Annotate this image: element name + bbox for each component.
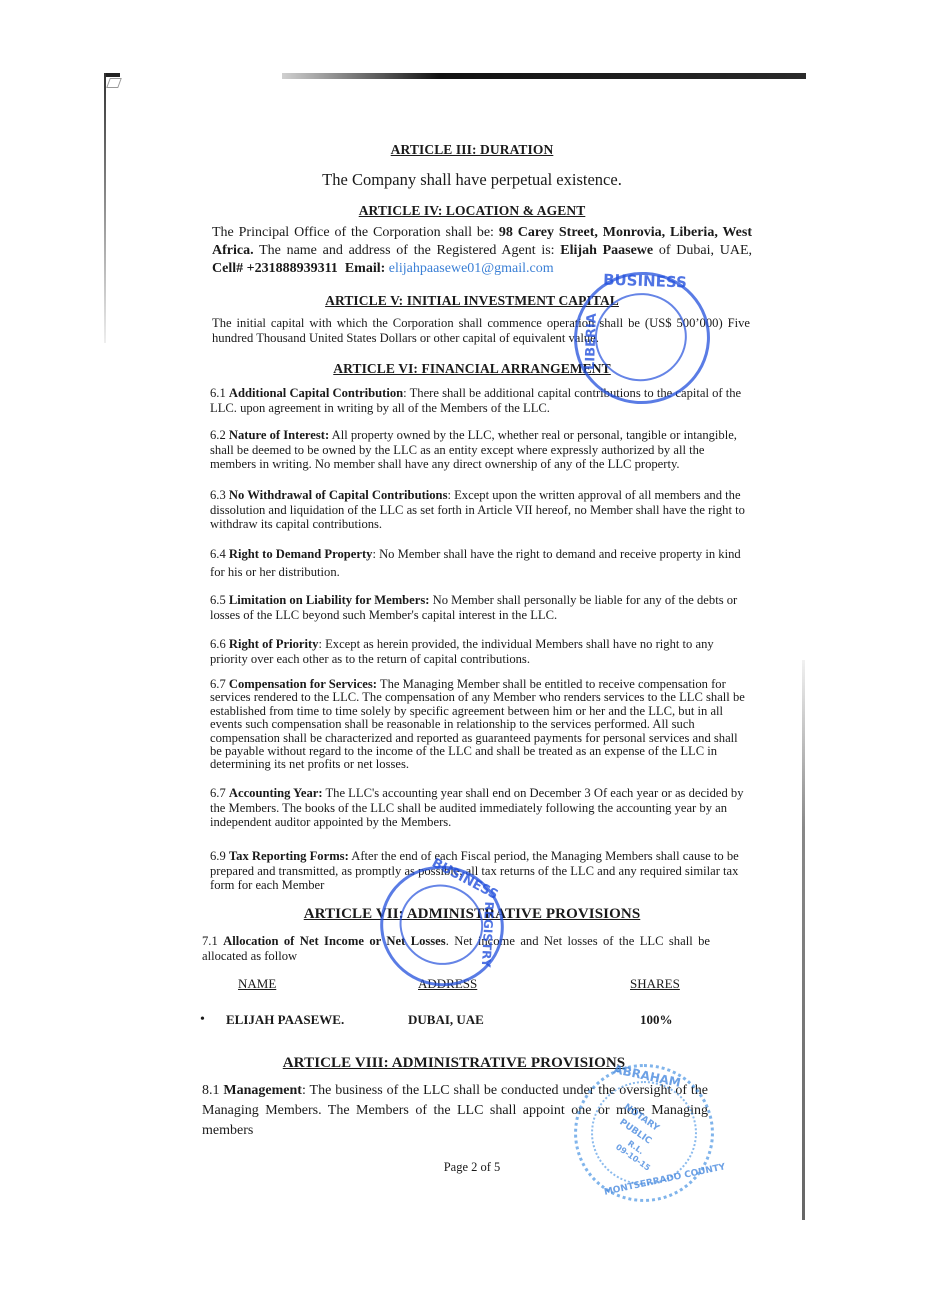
bullet-icon: • bbox=[200, 1012, 205, 1028]
article-4-text-1: The Principal Office of the Corporation … bbox=[212, 225, 499, 240]
section-6-3: 6.3 No Withdrawal of Capital Contributio… bbox=[210, 488, 750, 532]
section-number: 6.4 bbox=[210, 547, 226, 561]
member-shares: 100% bbox=[640, 1012, 673, 1028]
section-title: Right of Priority bbox=[229, 637, 319, 651]
section-number: 8.1 bbox=[202, 1083, 220, 1098]
column-header-address: ADDRESS bbox=[418, 976, 477, 992]
section-number: 6.3 bbox=[210, 488, 226, 502]
section-text: The Managing Member shall be entitled to… bbox=[210, 677, 745, 771]
agent-cell-number: Cell# +231888939311 bbox=[212, 261, 338, 276]
section-6-1: 6.1 Additional Capital Contribution: The… bbox=[210, 386, 750, 415]
section-6-7-compensation: 6.7 Compensation for Services: The Manag… bbox=[210, 678, 750, 772]
section-6-9: 6.9 Tax Reporting Forms: After the end o… bbox=[210, 849, 750, 893]
section-7-1: 7.1 Allocation of Net Income or Net Loss… bbox=[202, 934, 710, 963]
agent-email-link[interactable]: elijahpaasewe01@gmail.com bbox=[389, 261, 554, 276]
page-number: Page 2 of 5 bbox=[0, 1160, 944, 1175]
section-6-4: 6.4 Right to Demand Property: No Member … bbox=[210, 545, 750, 581]
article-5-heading: ARTICLE V: INITIAL INVESTMENT CAPITAL bbox=[0, 293, 944, 309]
section-6-2: 6.2 Nature of Interest: All property own… bbox=[210, 428, 750, 472]
article-5-paragraph: The initial capital with which the Corpo… bbox=[212, 316, 750, 345]
section-number: 6.9 bbox=[210, 849, 226, 863]
article-4-paragraph: The Principal Office of the Corporation … bbox=[212, 224, 752, 278]
stamp-center-line-3: R.L. bbox=[626, 1139, 645, 1156]
section-6-5: 6.5 Limitation on Liability for Members:… bbox=[210, 593, 750, 622]
scan-edge-right bbox=[802, 660, 805, 1220]
scan-edge-top-left bbox=[104, 73, 120, 77]
scan-edge-top bbox=[282, 73, 806, 79]
section-title: Nature of Interest: bbox=[229, 428, 329, 442]
section-title: Tax Reporting Forms: bbox=[229, 849, 349, 863]
section-title: Right to Demand Property bbox=[229, 547, 373, 561]
section-title: Limitation on Liability for Members: bbox=[229, 593, 430, 607]
registered-agent-name: Elijah Paasewe bbox=[560, 243, 653, 258]
section-number: 7.1 bbox=[202, 934, 218, 948]
section-number: 6.6 bbox=[210, 637, 226, 651]
section-title: Compensation for Services: bbox=[229, 677, 377, 691]
article-3-text: The Company shall have perpetual existen… bbox=[0, 170, 944, 190]
article-3-heading: ARTICLE III: DURATION bbox=[0, 142, 944, 158]
section-title: Additional Capital Contribution bbox=[229, 386, 403, 400]
article-4-text-2: The name and address of the Registered A… bbox=[254, 243, 561, 258]
corner-fold-mark bbox=[106, 78, 122, 88]
article-8-heading: ARTICLE VIII: ADMINISTRATIVE PROVISIONS bbox=[0, 1055, 926, 1072]
section-title: Accounting Year: bbox=[229, 786, 323, 800]
section-6-6: 6.6 Right of Priority: Except as herein … bbox=[210, 637, 750, 666]
article-4-text-3: of Dubai, UAE, bbox=[653, 243, 752, 258]
section-number: 6.5 bbox=[210, 593, 226, 607]
column-header-shares: SHARES bbox=[630, 976, 680, 992]
section-6-7-accounting-year: 6.7 Accounting Year: The LLC's accountin… bbox=[210, 786, 750, 830]
section-title: Allocation of Net Income or Net Losses bbox=[223, 934, 446, 948]
article-4-heading: ARTICLE IV: LOCATION & AGENT bbox=[0, 203, 944, 219]
email-label: Email: bbox=[345, 261, 385, 276]
section-8-1: 8.1 Management: The business of the LLC … bbox=[202, 1081, 708, 1141]
section-number: 6.7 bbox=[210, 677, 226, 691]
section-number: 6.7 bbox=[210, 786, 226, 800]
section-title: Management bbox=[223, 1083, 302, 1098]
article-6-heading: ARTICLE VI: FINANCIAL ARRANGEMENT bbox=[0, 361, 944, 377]
member-name: ELIJAH PAASEWE. bbox=[226, 1012, 344, 1028]
section-number: 6.2 bbox=[210, 428, 226, 442]
article-7-heading: ARTICLE VII: ADMINISTRATIVE PROVISIONS bbox=[0, 906, 944, 923]
document-page: ARTICLE III: DURATION The Company shall … bbox=[0, 0, 944, 1298]
member-address: DUBAI, UAE bbox=[408, 1012, 484, 1028]
section-number: 6.1 bbox=[210, 386, 226, 400]
section-title: No Withdrawal of Capital Contributions bbox=[229, 488, 448, 502]
column-header-name: NAME bbox=[238, 976, 276, 992]
